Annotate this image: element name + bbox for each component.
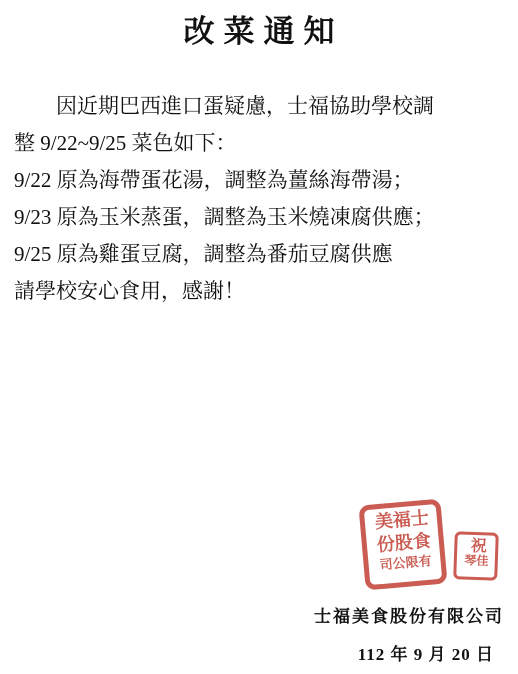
notice-document: 改菜通知 因近期巴西進口蛋疑慮，士福協助學校調 整 9/22~9/25 菜色如下… <box>0 0 518 674</box>
notice-body: 因近期巴西進口蛋疑慮，士福協助學校調 整 9/22~9/25 菜色如下： 9/2… <box>14 88 508 310</box>
body-line: 請學校安心食用，感謝！ <box>14 273 508 310</box>
body-line: 9/25 原為雞蛋豆腐，調整為番茄豆腐供應 <box>14 236 508 273</box>
personal-seal-column: 祝 <box>468 537 485 555</box>
notice-title: 改菜通知 <box>0 6 518 51</box>
body-line: 9/23 原為玉米蒸蛋，調整為玉米燒凍腐供應； <box>14 199 508 236</box>
personal-seal-stamp: 祝 佳琴 <box>453 531 499 581</box>
issue-date: 112 年 9 月 20 日 <box>358 640 494 665</box>
company-name: 士福美食股份有限公司 <box>314 602 504 627</box>
company-seal-stamp: 士福美 食股份 有限公司 <box>358 499 447 591</box>
body-line: 9/22 原為海帶蛋花湯，調整為薑絲海帶湯； <box>14 162 508 199</box>
body-line: 因近期巴西進口蛋疑慮，士福協助學校調 <box>14 88 508 125</box>
company-seal-column: 有限公司 <box>378 554 432 581</box>
personal-seal-column: 佳琴 <box>463 554 488 576</box>
body-line: 整 9/22~9/25 菜色如下： <box>14 125 508 162</box>
